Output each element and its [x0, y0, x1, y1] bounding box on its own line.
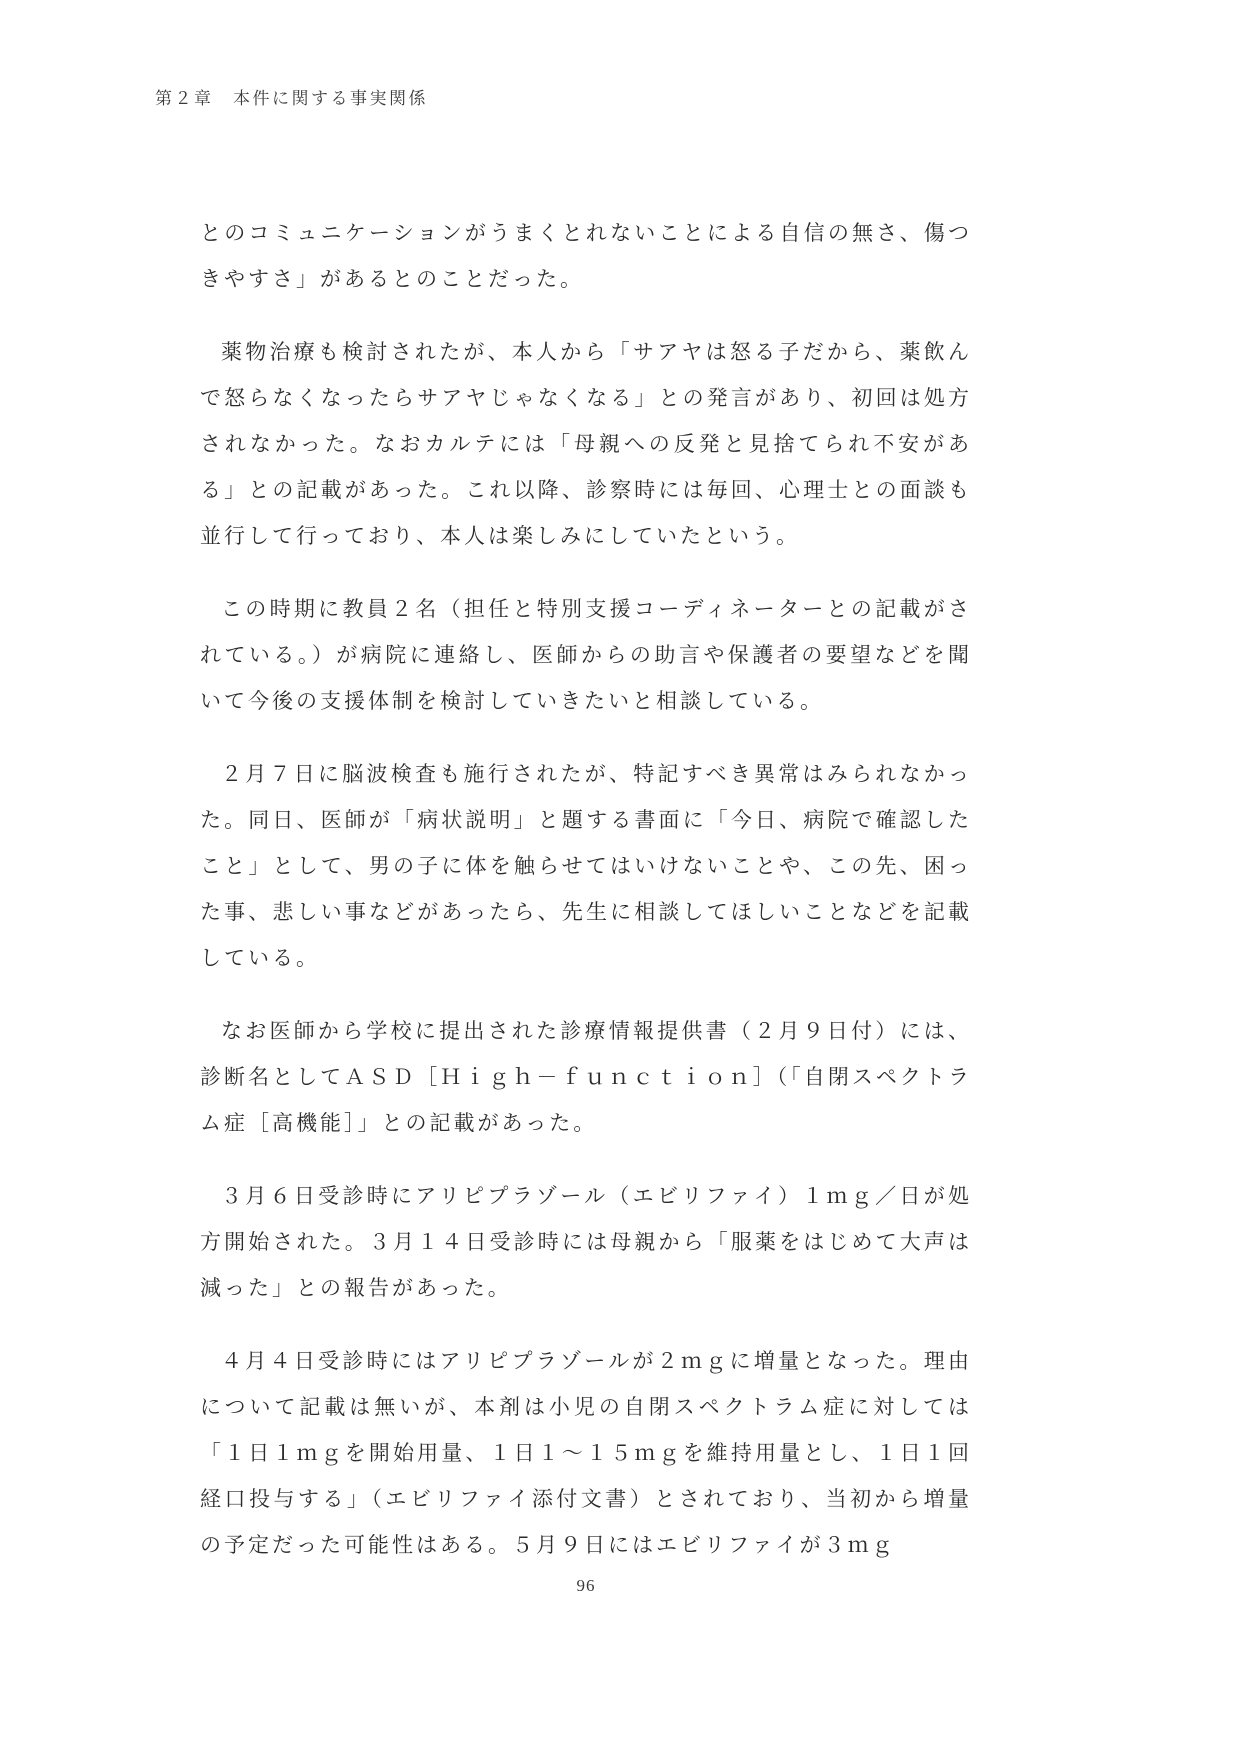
paragraph: とのコミュニケーションがうまくとれないことによる自信の無さ、傷つきやすさ」がある… [200, 210, 972, 302]
body-text: とのコミュニケーションがうまくとれないことによる自信の無さ、傷つきやすさ」がある… [200, 210, 972, 1595]
paragraph: この時期に教員２名（担任と特別支援コーディネーターとの記載がされている。）が病院… [200, 586, 972, 724]
paragraph: ３月６日受診時にアリピプラゾール（エビリファイ）１ｍｇ／日が処方開始された。３月… [200, 1173, 972, 1311]
page-number: 96 [200, 1576, 972, 1596]
paragraph: 薬物治療も検討されたが、本人から「サアヤは怒る子だから、薬飲んで怒らなくなったら… [200, 329, 972, 559]
paragraph: ４月４日受診時にはアリピプラゾールが２ｍｇに増量となった。理由について記載は無い… [200, 1338, 972, 1568]
paragraph: なお医師から学校に提出された診療情報提供書（２月９日付）には、診断名としてＡＳＤ… [200, 1008, 972, 1146]
document-page: 第２章 本件に関する事実関係 とのコミュニケーションがうまくとれないことによる自… [0, 0, 1239, 1754]
chapter-header: 第２章 本件に関する事実関係 [155, 84, 428, 109]
paragraph: ２月７日に脳波検査も施行されたが、特記すべき異常はみられなかった。同日、医師が「… [200, 751, 972, 981]
